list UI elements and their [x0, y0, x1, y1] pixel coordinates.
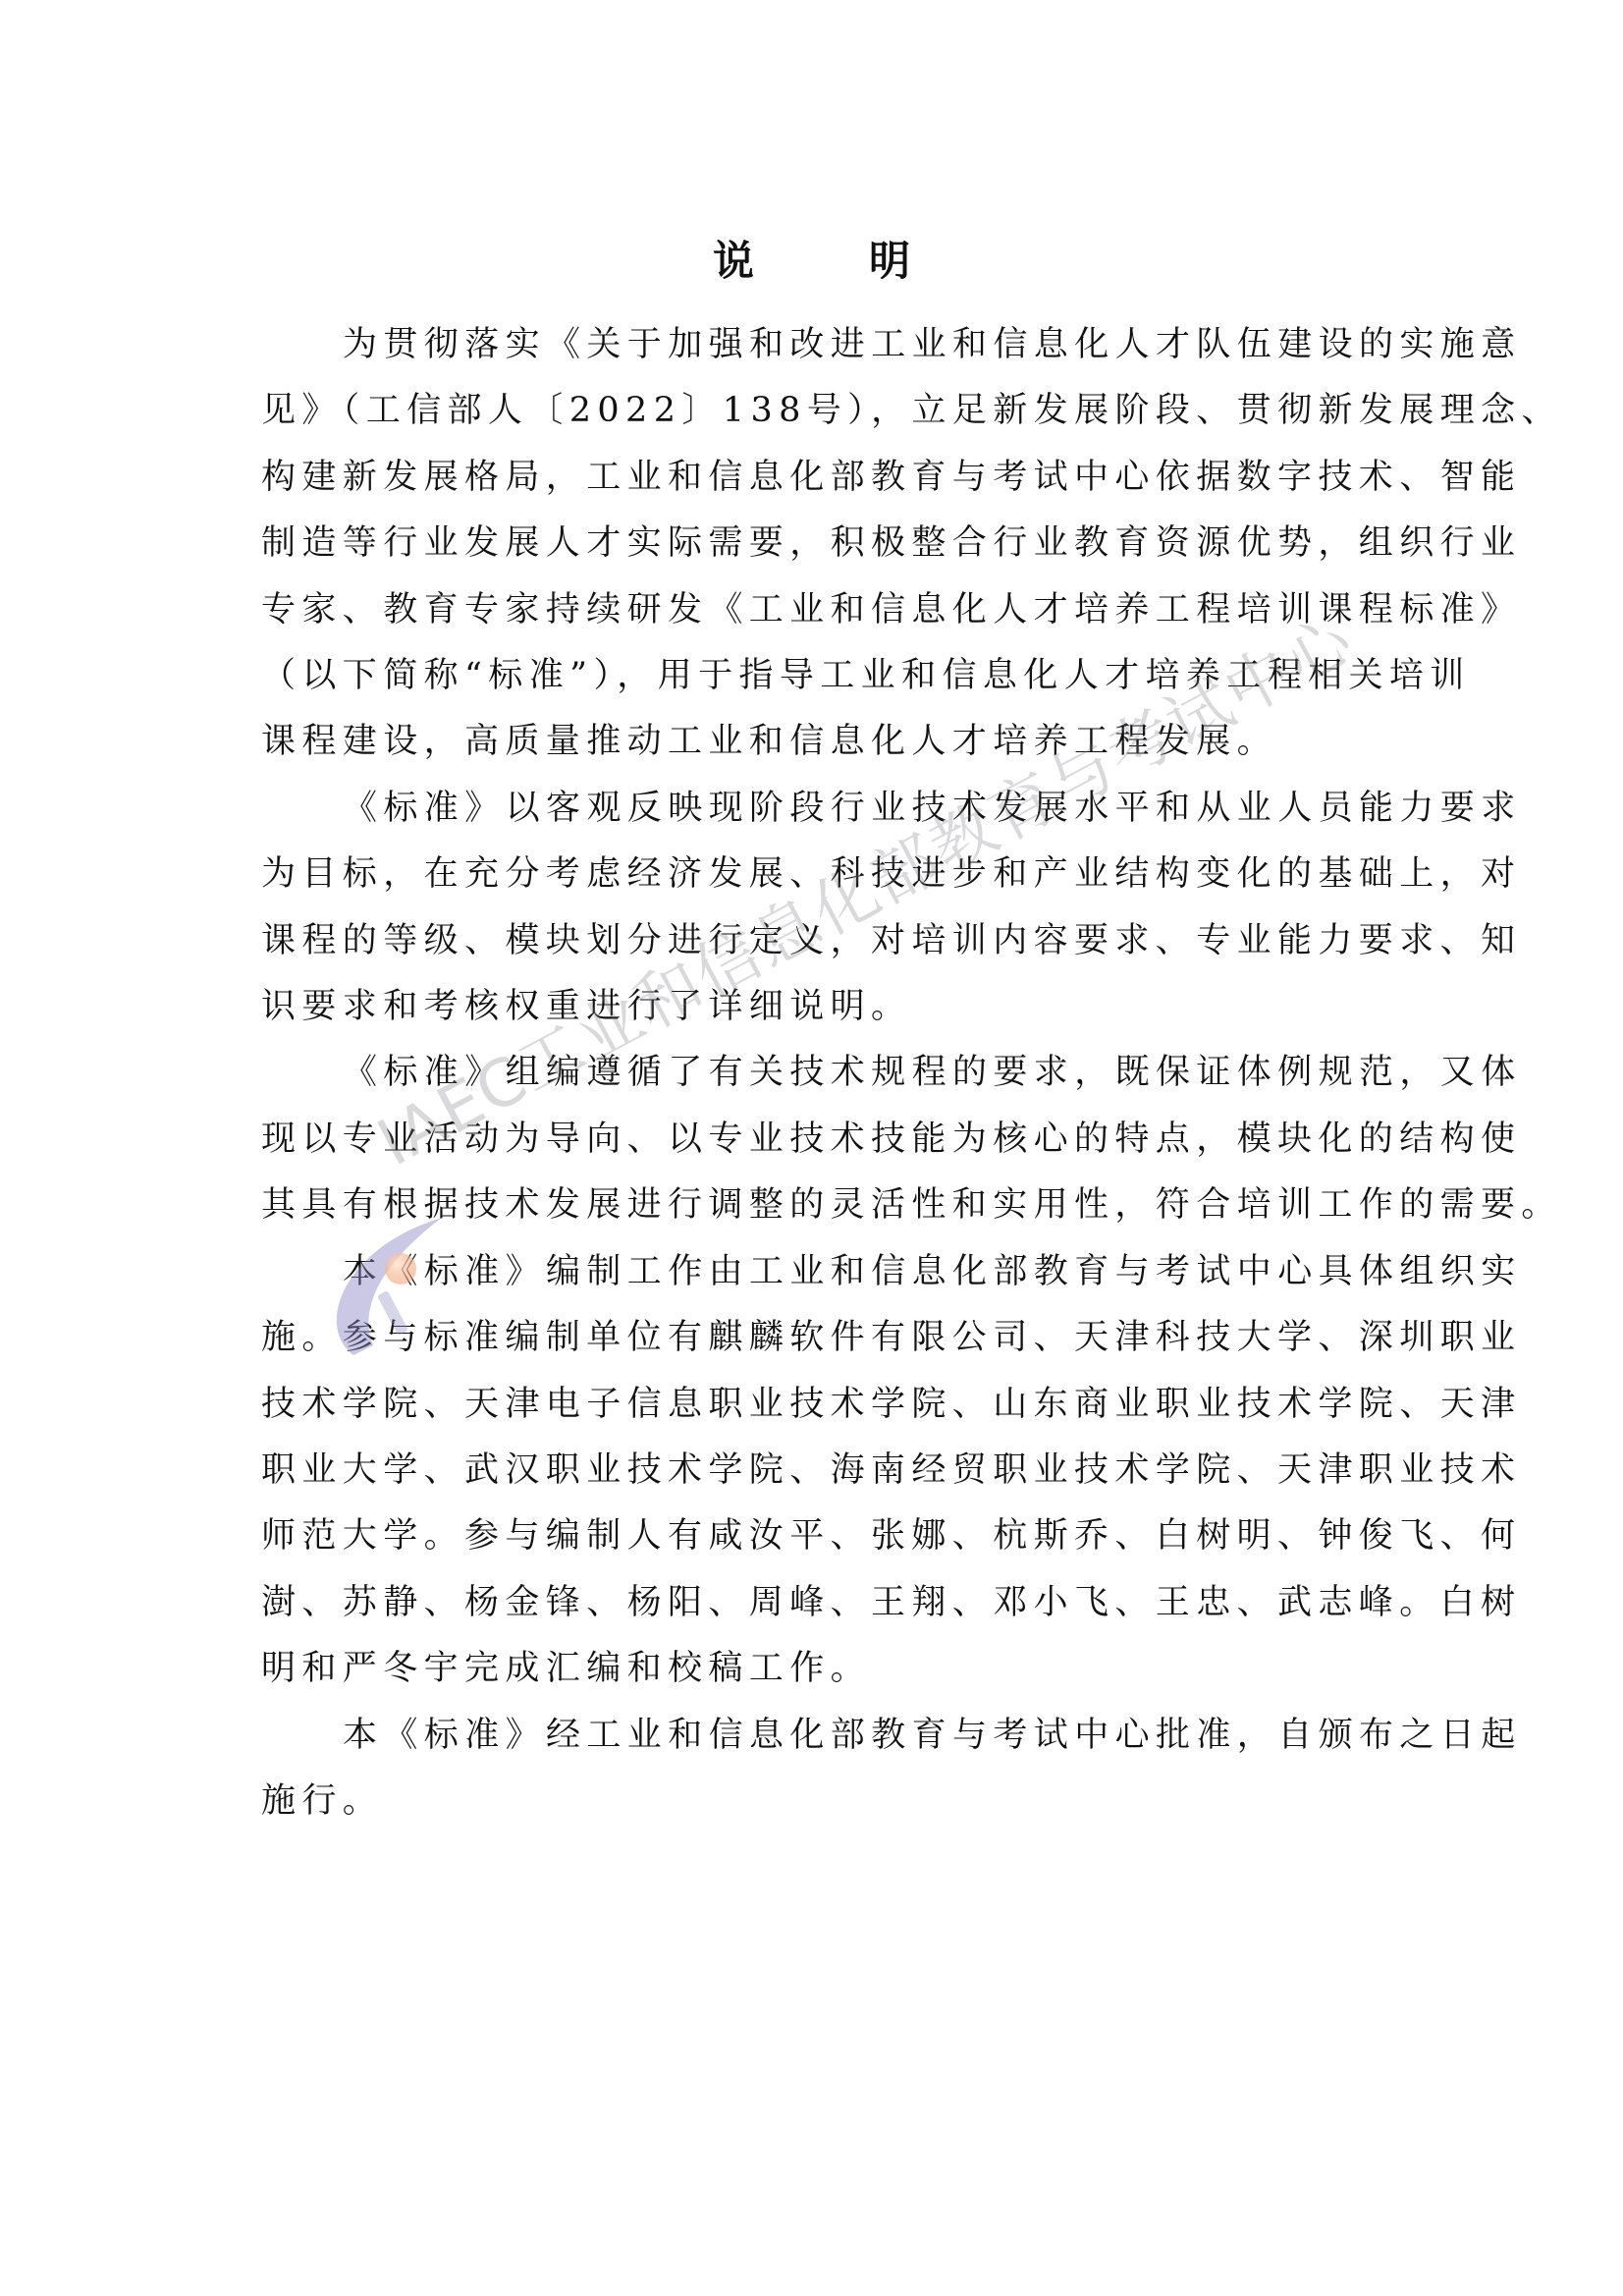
text-line: 技术学院、天津电子信息职业技术学院、山东商业职业技术学院、天津 — [180, 1372, 1451, 1438]
text-line: 施。参与标准编制单位有麒麟软件有限公司、天津科技大学、深圳职业 — [180, 1305, 1451, 1371]
paragraph-3: 《标准》组编遵循了有关技术规程的要求，既保证体例规范，又体 现以专业活动为导向、… — [180, 1040, 1451, 1238]
document-page: 说 明 为贯彻落实《关于加强和改进工业和信息化人才队伍建设的实施意 见》（工信部… — [0, 0, 1623, 2296]
text-line: （以下简称“标准”），用于指导工业和信息化人才培养工程相关培训 — [180, 643, 1451, 709]
text-line: 课程的等级、模块划分进行定义，对培训内容要求、专业能力要求、知 — [180, 908, 1451, 974]
page-title: 说 明 — [0, 232, 1623, 291]
text-line: 其具有根据技术发展进行调整的灵活性和实用性，符合培训工作的需要。 — [180, 1173, 1451, 1238]
text-line: 澍、苏静、杨金锋、杨阳、周峰、王翔、邓小飞、王忠、武志峰。白树 — [180, 1570, 1451, 1636]
text-line: 见》（工信部人〔2022〕138号），立足新发展阶段、贯彻新发展理念、 — [180, 378, 1451, 444]
paragraph-4: 本《标准》编制工作由工业和信息化部教育与考试中心具体组织实 施。参与标准编制单位… — [180, 1239, 1451, 1703]
text-line: 现以专业活动为导向、以专业技术技能为核心的特点，模块化的结构使 — [180, 1107, 1451, 1173]
text-line: 《标准》以客观反映现阶段行业技术发展水平和从业人员能力要求 — [180, 776, 1451, 842]
text-line: 制造等行业发展人才实际需要，积极整合行业教育资源优势，组织行业 — [180, 511, 1451, 576]
text-line: 职业大学、武汉职业技术学院、海南经贸职业技术学院、天津职业技术 — [180, 1438, 1451, 1503]
text-line: 识要求和考核权重进行了详细说明。 — [180, 974, 1451, 1040]
text-line: 本《标准》编制工作由工业和信息化部教育与考试中心具体组织实 — [180, 1239, 1451, 1305]
text-line: 施行。 — [180, 1769, 1451, 1834]
paragraph-2: 《标准》以客观反映现阶段行业技术发展水平和从业人员能力要求 为目标，在充分考虑经… — [180, 776, 1451, 1041]
paragraph-5: 本《标准》经工业和信息化部教育与考试中心批准，自颁布之日起 施行。 — [180, 1703, 1451, 1835]
text-line: 课程建设，高质量推动工业和信息化人才培养工程发展。 — [180, 709, 1451, 775]
text-line: 专家、教育专家持续研发《工业和信息化人才培养工程培训课程标准》 — [180, 577, 1451, 643]
text-line: 构建新发展格局，工业和信息化部教育与考试中心依据数字技术、智能 — [180, 445, 1451, 511]
document-body: 为贯彻落实《关于加强和改进工业和信息化人才队伍建设的实施意 见》（工信部人〔20… — [180, 312, 1451, 1834]
text-line: 为目标，在充分考虑经济发展、科技进步和产业结构变化的基础上，对 — [180, 842, 1451, 907]
text-line: 《标准》组编遵循了有关技术规程的要求，既保证体例规范，又体 — [180, 1040, 1451, 1106]
text-line: 为贯彻落实《关于加强和改进工业和信息化人才队伍建设的实施意 — [180, 312, 1451, 378]
text-line: 本《标准》经工业和信息化部教育与考试中心批准，自颁布之日起 — [180, 1703, 1451, 1769]
paragraph-1: 为贯彻落实《关于加强和改进工业和信息化人才队伍建设的实施意 见》（工信部人〔20… — [180, 312, 1451, 776]
text-line: 师范大学。参与编制人有咸汝平、张娜、杭斯乔、白树明、钟俊飞、何 — [180, 1503, 1451, 1569]
text-line: 明和严冬宇完成汇编和校稿工作。 — [180, 1636, 1451, 1702]
